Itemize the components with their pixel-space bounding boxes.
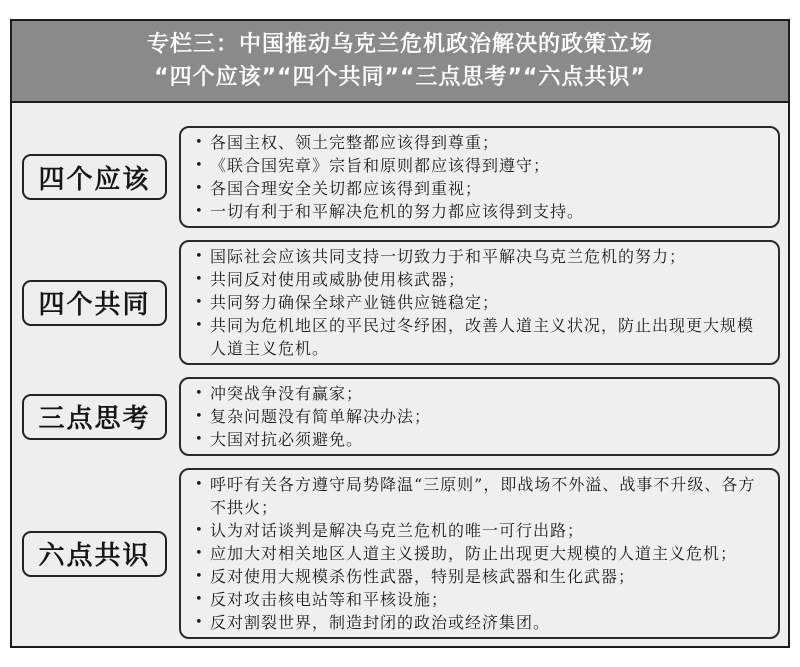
section-content-box: •各国主权、领土完整都应该得到尊重；•《联合国宪章》宗旨和原则都应该得到遵守；•… (179, 126, 780, 228)
bullet-item: •共同努力确保全球产业链供应链稳定； (195, 291, 762, 314)
bullet-dot-icon: • (195, 314, 203, 337)
bullet-text: 复杂问题没有简单解决办法； (210, 407, 431, 426)
bullet-list: •国际社会应该共同支持一切致力于和平解决乌克兰危机的努力；•共同反对使用或威胁使… (195, 245, 762, 360)
section-label-box: 四个应该 (22, 154, 167, 200)
bullet-item: •认为对话谈判是解决乌克兰危机的唯一可行出路； (195, 519, 762, 542)
section-label-box: 六点共识 (22, 531, 167, 577)
bullet-dot-icon: • (195, 405, 203, 428)
panel-body: 四个应该 •各国主权、领土完整都应该得到尊重；•《联合国宪章》宗旨和原则都应该得… (12, 103, 788, 639)
section-label: 三点思考 (38, 398, 150, 435)
bullet-text: 国际社会应该共同支持一切致力于和平解决乌克兰危机的努力； (210, 247, 686, 266)
bullet-text: 呼吁有关各方遵守局势降温“三原则”，即战场不外溢、战事不升级、各方不拱火； (210, 475, 755, 517)
bullet-text: 应加大对相关地区人道主义援助，防止出现更大规模的人道主义危机； (210, 544, 737, 563)
panel-header: 专栏三：中国推动乌克兰危机政治解决的政策立场 “四个应该”“四个共同”“三点思考… (12, 21, 788, 103)
bullet-dot-icon: • (195, 382, 203, 405)
bullet-text: 共同反对使用或威胁使用核武器； (210, 270, 465, 289)
bullet-dot-icon: • (195, 588, 203, 611)
bullet-dot-icon: • (195, 473, 203, 496)
bullet-text: 反对攻击核电站等和平核设施； (210, 590, 448, 609)
bullet-text: 各国主权、领土完整都应该得到尊重； (210, 133, 499, 152)
bullet-dot-icon: • (195, 291, 203, 314)
bullet-text: 各国合理安全关切都应该得到重视； (210, 179, 482, 198)
bullet-text: 共同努力确保全球产业链供应链稳定； (210, 293, 499, 312)
bullet-dot-icon: • (195, 245, 203, 268)
bullet-text: 共同为危机地区的平民过冬纾困，改善人道主义状况，防止出现更大规模人道主义危机。 (210, 316, 754, 358)
section-label: 四个共同 (38, 284, 150, 321)
bullet-item: •各国合理安全关切都应该得到重视； (195, 177, 762, 200)
bullet-list: •各国主权、领土完整都应该得到尊重；•《联合国宪章》宗旨和原则都应该得到遵守；•… (195, 131, 762, 223)
bullet-text: 一切有利于和平解决危机的努力都应该得到支持。 (210, 202, 584, 221)
bullet-dot-icon: • (195, 519, 203, 542)
bullet-list: •呼吁有关各方遵守局势降温“三原则”，即战场不外溢、战事不升级、各方不拱火；•认… (195, 473, 762, 634)
bullet-text: 认为对话谈判是解决乌克兰危机的唯一可行出路； (210, 521, 584, 540)
bullet-item: •《联合国宪章》宗旨和原则都应该得到遵守； (195, 154, 762, 177)
panel-title-line2: “四个应该”“四个共同”“三点思考”“六点共识” (12, 61, 788, 94)
bullet-dot-icon: • (195, 565, 203, 588)
section-content-box: •国际社会应该共同支持一切致力于和平解决乌克兰危机的努力；•共同反对使用或威胁使… (179, 240, 780, 365)
bullet-item: •各国主权、领土完整都应该得到尊重； (195, 131, 762, 154)
bullet-list: •冲突战争没有赢家；•复杂问题没有简单解决办法；•大国对抗必须避免。 (195, 382, 762, 451)
bullet-item: •呼吁有关各方遵守局势降温“三原则”，即战场不外溢、战事不升级、各方不拱火； (195, 473, 762, 519)
bullet-text: 《联合国宪章》宗旨和原则都应该得到遵守； (210, 156, 550, 175)
bullet-dot-icon: • (195, 200, 203, 223)
bullet-text: 冲突战争没有赢家； (210, 384, 363, 403)
panel-title-line1: 专栏三：中国推动乌克兰危机政治解决的政策立场 (12, 28, 788, 61)
section-content-box: •呼吁有关各方遵守局势降温“三原则”，即战场不外溢、战事不升级、各方不拱火；•认… (179, 468, 780, 639)
bullet-item: •反对攻击核电站等和平核设施； (195, 588, 762, 611)
bullet-dot-icon: • (195, 428, 203, 451)
section-row: 三点思考 •冲突战争没有赢家；•复杂问题没有简单解决办法；•大国对抗必须避免。 (22, 377, 780, 456)
bullet-text: 大国对抗必须避免。 (210, 430, 363, 449)
bullet-item: •共同为危机地区的平民过冬纾困，改善人道主义状况，防止出现更大规模人道主义危机。 (195, 314, 762, 360)
section-row: 四个共同 •国际社会应该共同支持一切致力于和平解决乌克兰危机的努力；•共同反对使… (22, 240, 780, 365)
bullet-text: 反对使用大规模杀伤性武器，特别是核武器和生化武器； (210, 567, 635, 586)
bullet-item: •一切有利于和平解决危机的努力都应该得到支持。 (195, 200, 762, 223)
section-label-box: 四个共同 (22, 280, 167, 326)
bullet-item: •国际社会应该共同支持一切致力于和平解决乌克兰危机的努力； (195, 245, 762, 268)
bullet-item: •反对使用大规模杀伤性武器，特别是核武器和生化武器； (195, 565, 762, 588)
bullet-item: •冲突战争没有赢家； (195, 382, 762, 405)
bullet-dot-icon: • (195, 154, 203, 177)
bullet-item: •应加大对相关地区人道主义援助，防止出现更大规模的人道主义危机； (195, 542, 762, 565)
bullet-dot-icon: • (195, 177, 203, 200)
bullet-dot-icon: • (195, 611, 203, 634)
panel-frame: 专栏三：中国推动乌克兰危机政治解决的政策立场 “四个应该”“四个共同”“三点思考… (10, 19, 790, 648)
section-content-box: •冲突战争没有赢家；•复杂问题没有简单解决办法；•大国对抗必须避免。 (179, 377, 780, 456)
bullet-dot-icon: • (195, 268, 203, 291)
bullet-item: •复杂问题没有简单解决办法； (195, 405, 762, 428)
section-label-box: 三点思考 (22, 394, 167, 440)
section-label: 六点共识 (38, 535, 150, 572)
section-label: 四个应该 (38, 159, 150, 196)
page: 专栏三：中国推动乌克兰危机政治解决的政策立场 “四个应该”“四个共同”“三点思考… (0, 0, 800, 667)
bullet-dot-icon: • (195, 542, 203, 565)
section-row: 六点共识 •呼吁有关各方遵守局势降温“三原则”，即战场不外溢、战事不升级、各方不… (22, 468, 780, 639)
bullet-item: •反对割裂世界，制造封闭的政治或经济集团。 (195, 611, 762, 634)
bullet-dot-icon: • (195, 131, 203, 154)
bullet-text: 反对割裂世界，制造封闭的政治或经济集团。 (210, 613, 550, 632)
section-row: 四个应该 •各国主权、领土完整都应该得到尊重；•《联合国宪章》宗旨和原则都应该得… (22, 126, 780, 228)
bullet-item: •大国对抗必须避免。 (195, 428, 762, 451)
bullet-item: •共同反对使用或威胁使用核武器； (195, 268, 762, 291)
